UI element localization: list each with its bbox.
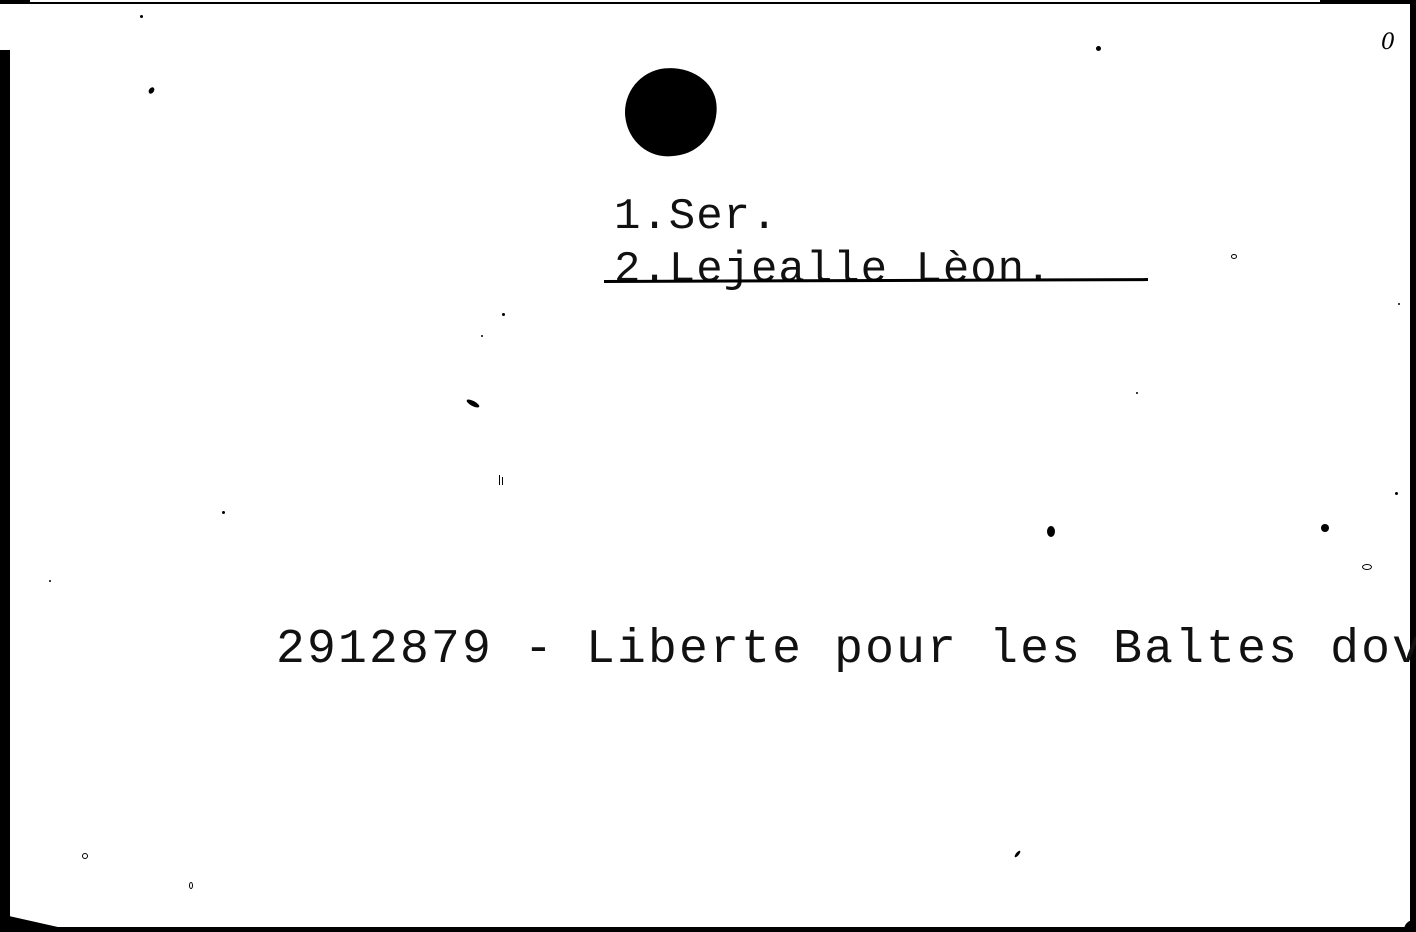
dust-speck — [1321, 524, 1329, 532]
dust-ring — [1362, 564, 1372, 570]
typed-line-series: 1.Ser. — [614, 192, 778, 242]
dust-speck — [502, 313, 505, 316]
dust-ring — [189, 882, 193, 889]
typed-line-record: 2912879 - Liberte pour les Baltes dov — [276, 620, 1416, 680]
scan-border-left-gap — [0, 4, 10, 50]
dust-ring — [1231, 254, 1237, 259]
typed-line-struck-name: 2.Lejealle Lèon. — [614, 245, 1052, 295]
dust-ring — [82, 853, 88, 859]
scan-border-right — [1410, 0, 1416, 932]
dust-speck — [1398, 303, 1400, 305]
dust-speck — [1136, 392, 1138, 394]
corner-handwritten-mark: 0 — [1381, 30, 1395, 55]
dust-speck — [49, 580, 51, 582]
scan-corner-bottom-left — [0, 914, 80, 932]
dust-speck — [502, 477, 503, 485]
dust-speck — [499, 475, 500, 485]
dust-speck — [140, 15, 143, 18]
scan-border-bottom — [0, 927, 1416, 932]
scan-border-gap — [30, 0, 1320, 2]
dust-speck — [481, 335, 483, 337]
dust-speck — [1047, 526, 1055, 537]
dust-speck — [1395, 492, 1398, 495]
scan-border-left — [0, 0, 10, 932]
index-card — [9, 4, 1411, 927]
dust-speck — [222, 511, 225, 514]
dust-speck — [1096, 46, 1101, 51]
